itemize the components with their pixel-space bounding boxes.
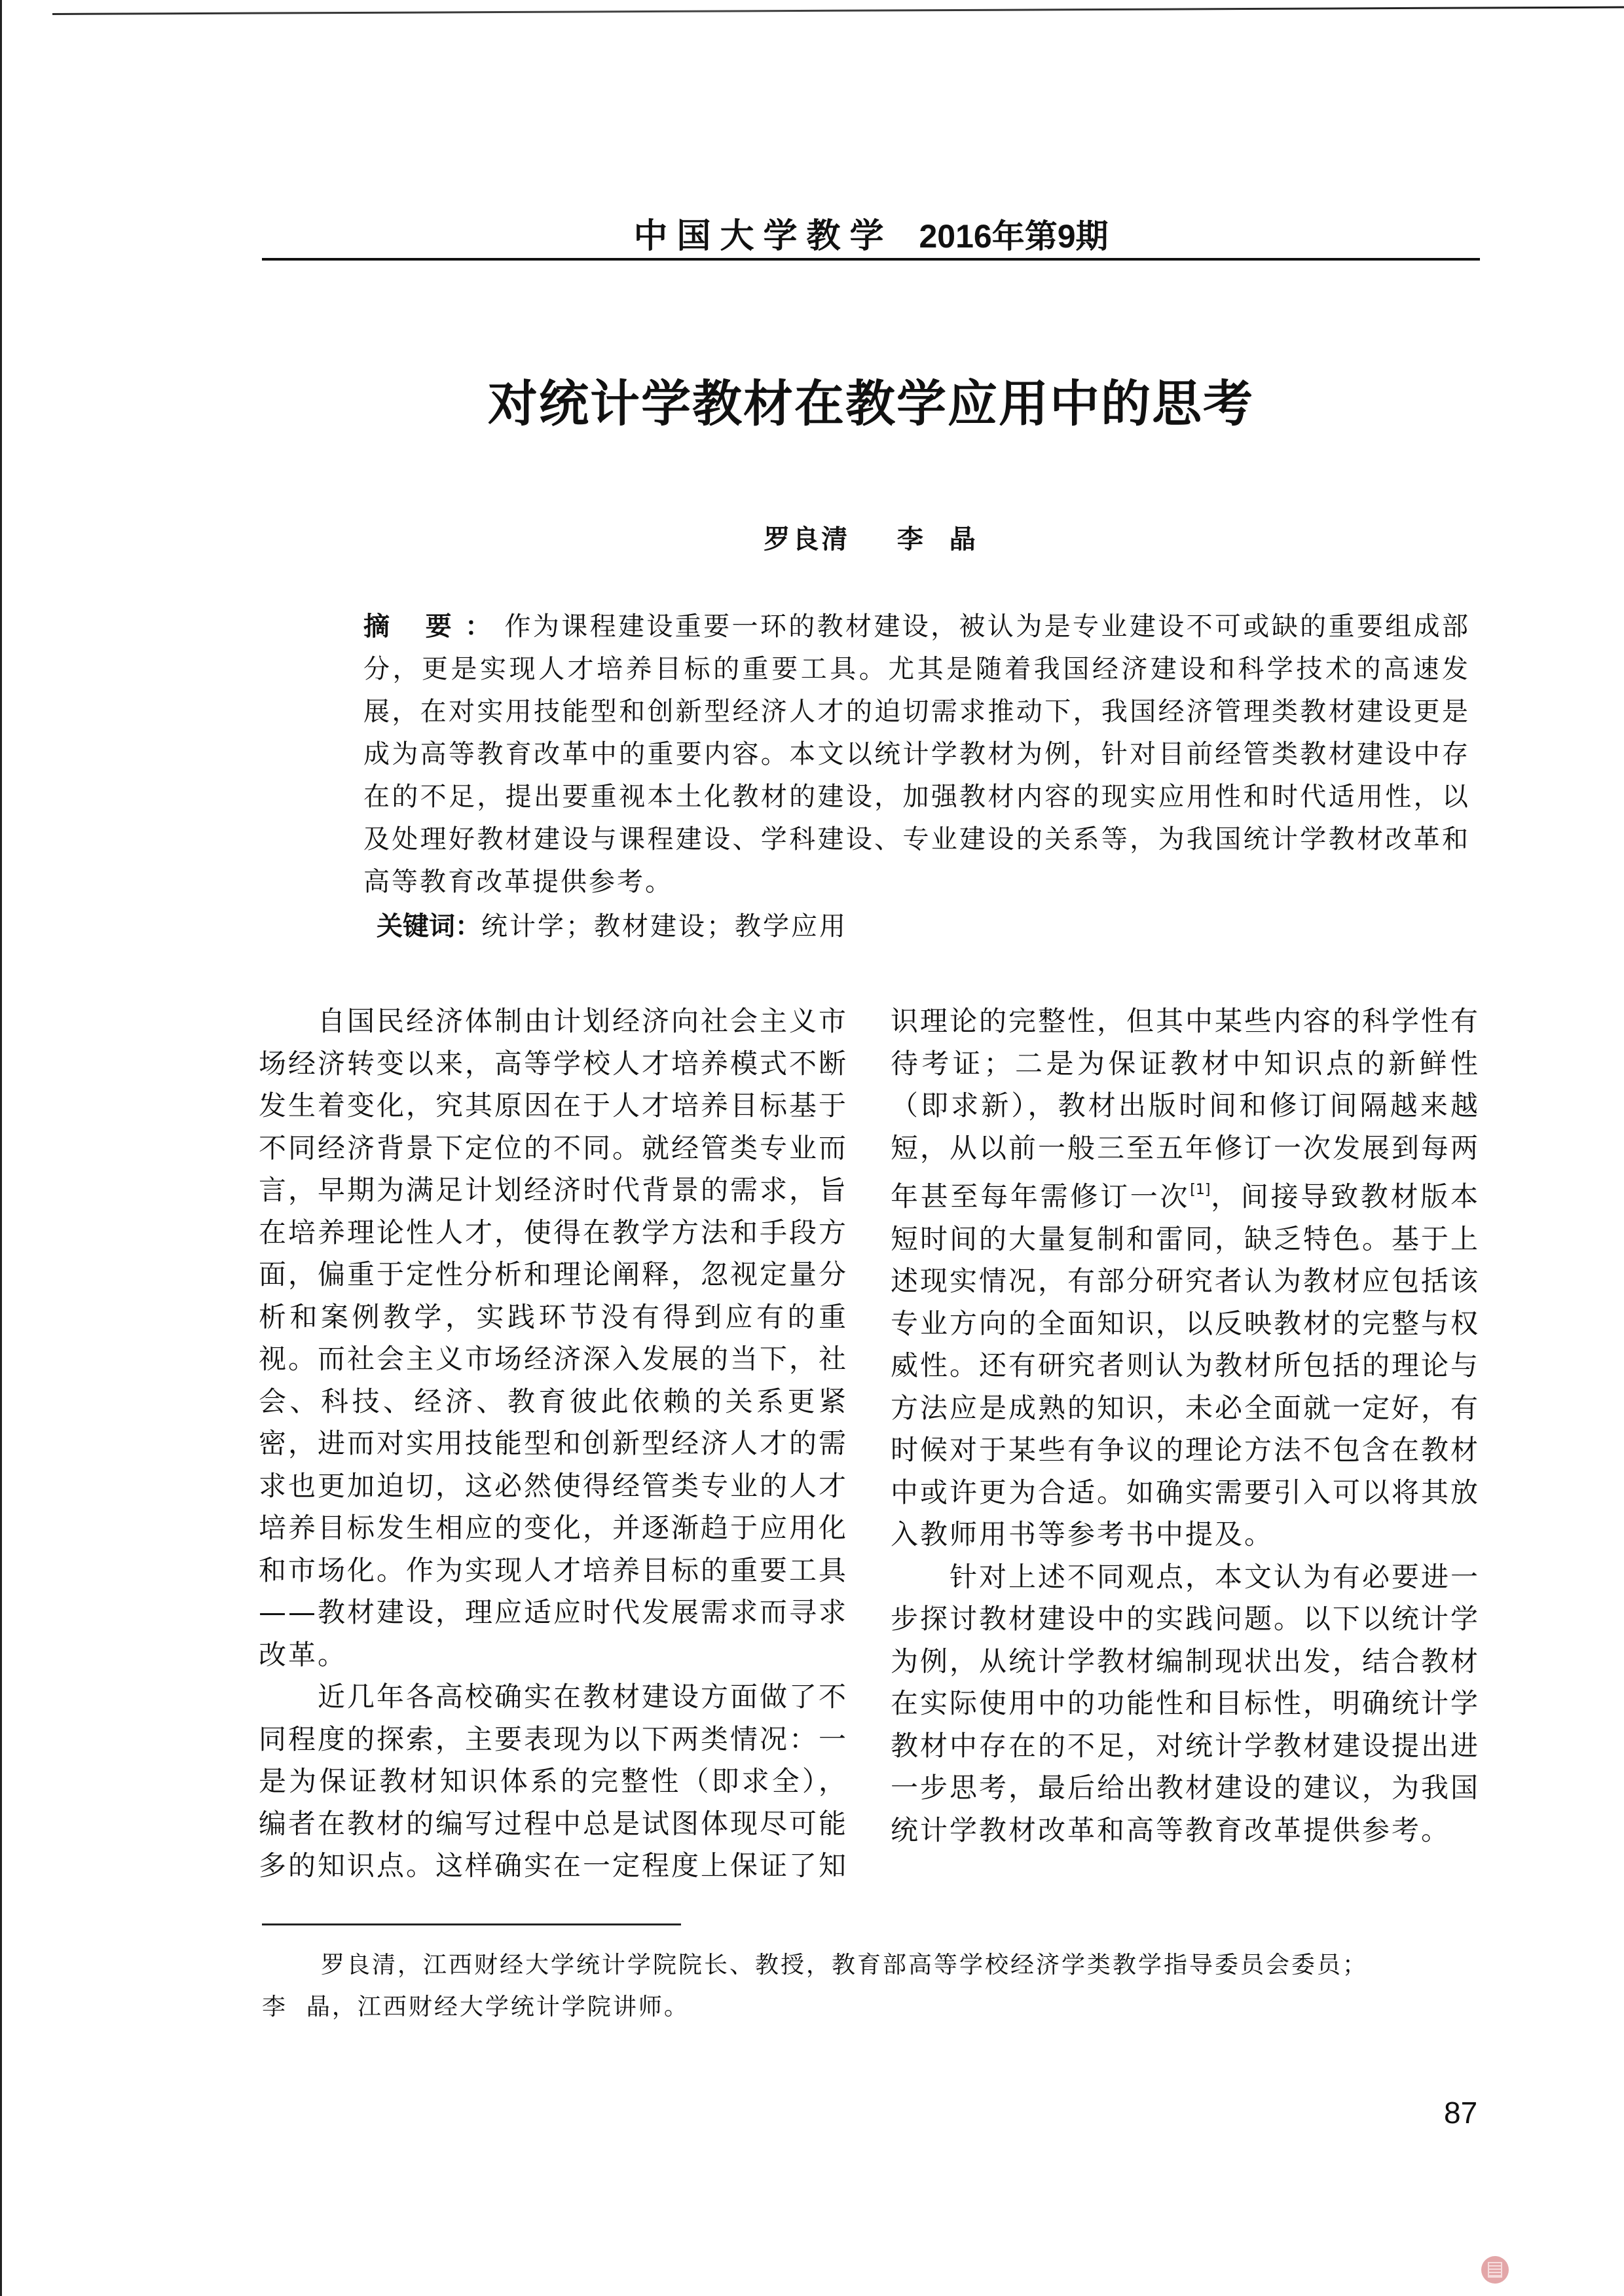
keywords: 关键词：统计学；教材建设；教学应用 <box>377 905 1424 948</box>
footnotes: 罗良清，江西财经大学统计学院院长、教授，教育部高等学校经济学类教学指导委员会委员… <box>262 1944 1480 2028</box>
authors: 罗良清 李 晶 <box>262 519 1480 556</box>
keywords-text: 统计学；教材建设；教学应用 <box>481 911 847 941</box>
footnote-rule <box>262 1923 681 1925</box>
scan-edge-top <box>52 7 1624 15</box>
paragraph: 识理论的完整性，但其中某些内容的科学性有待考证；二是为保证教材中知识点的新鲜性（… <box>891 1000 1480 1556</box>
watermark-stamp-icon <box>1481 2256 1509 2284</box>
journal-name: 中国大学教学 <box>633 216 893 256</box>
footnote-author-1: 罗良清，江西财经大学统计学院院长、教授，教育部高等学校经济学类教学指导委员会委员… <box>262 1944 1480 1986</box>
keywords-label: 关键词： <box>377 911 481 941</box>
paragraph: 自国民经济体制由计划经济向社会主义市场经济转变以来，高等学校人才培养模式不断发生… <box>259 1000 848 1676</box>
header-rule <box>262 258 1480 261</box>
abstract: 摘 要：作为课程建设重要一环的教材建设，被认为是专业建设不可或缺的重要组成部分，… <box>363 606 1470 903</box>
citation-ref[interactable]: [1] <box>1190 1182 1210 1198</box>
article-title: 对统计学教材在教学应用中的思考 <box>262 364 1480 435</box>
footnote-author-2: 李 晶，江西财经大学统计学院讲师。 <box>262 1986 1480 2028</box>
page-number: 87 <box>1444 2095 1477 2130</box>
stamp-qr-glyph <box>1488 2262 1502 2278</box>
abstract-label: 摘 要： <box>363 611 504 642</box>
scan-edge-left <box>0 0 2 2296</box>
journal-issue: 2016年第9期 <box>919 218 1108 255</box>
paragraph: 针对上述不同观点，本文认为有必要进一步探讨教材建设中的实践问题。以下以统计学为例… <box>891 1556 1480 1852</box>
abstract-text: 作为课程建设重要一环的教材建设，被认为是专业建设不可或缺的重要组成部分，更是实现… <box>363 611 1470 897</box>
journal-header: 中国大学教学2016年第9期 <box>262 208 1480 257</box>
paragraph: 近几年各高校确实在教材建设方面做了不同程度的探索，主要表现为以下两类情况：一是为… <box>259 1676 848 1887</box>
paragraph-text: ，间接导致教材版本短时间的大量复制和雷同，缺乏特色。基于上述现实情况，有部分研究… <box>891 1180 1480 1550</box>
body-column-right: 识理论的完整性，但其中某些内容的科学性有待考证；二是为保证教材中知识点的新鲜性（… <box>891 1000 1480 1851</box>
body-column-left: 自国民经济体制由计划经济向社会主义市场经济转变以来，高等学校人才培养模式不断发生… <box>259 1000 848 1887</box>
